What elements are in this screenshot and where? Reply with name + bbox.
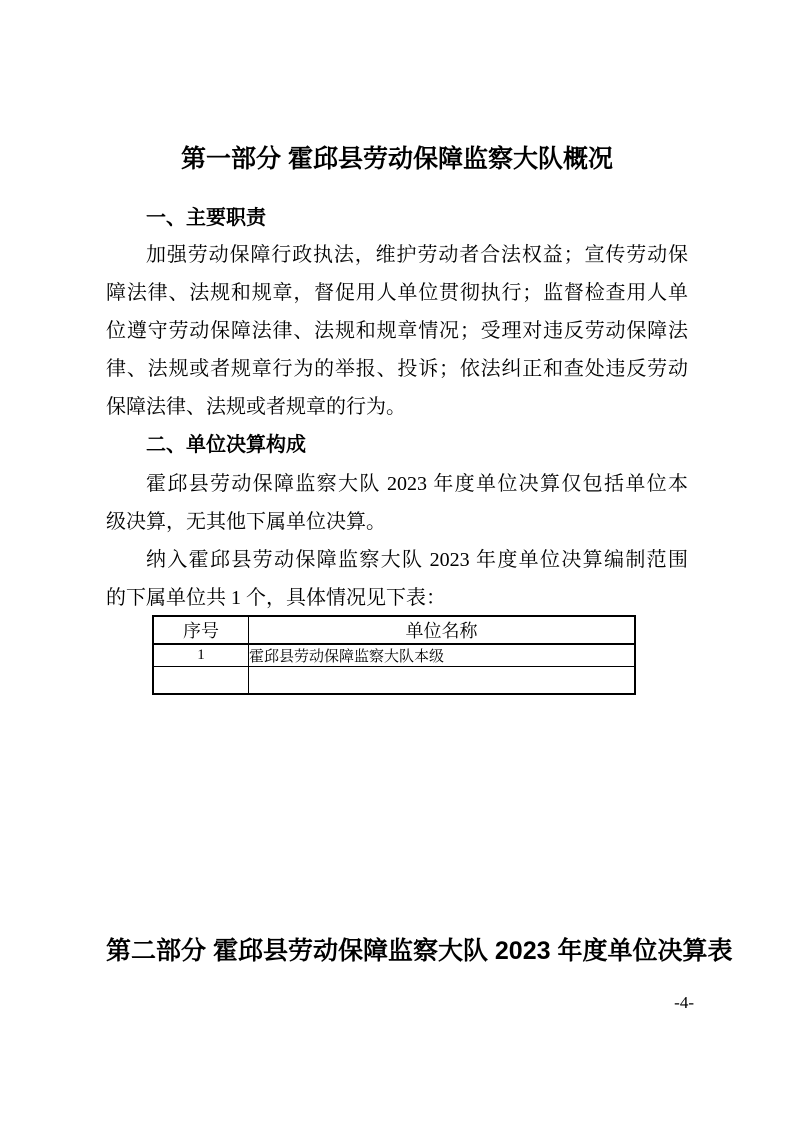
units-table: 序号 单位名称 1 霍邱县劳动保障监察大队本级 [152, 615, 636, 695]
composition-paragraph: 霍邱县劳动保障监察大队 2023 年度单位决算仅包括单位本 级决算，无其他下属单… [106, 465, 688, 541]
part2-title: 第二部分 霍邱县劳动保障监察大队 2023 年度单位决算表 [106, 933, 688, 969]
section2-heading: 二、单位决算构成 [106, 430, 688, 460]
scope-paragraph: 纳入霍邱县劳动保障监察大队 2023 年度单位决算编制范围 的下属单位共 1 个… [106, 541, 688, 617]
duties-paragraph: 加强劳动保障行政执法，维护劳动者合法权益；宣传劳动保 障法律、法规和规章，督促用… [106, 236, 688, 426]
unit-index [153, 667, 249, 694]
body-line: 加强劳动保障行政执法，维护劳动者合法权益；宣传劳动保 [106, 236, 688, 274]
table-row [153, 667, 635, 694]
header-cell-name: 单位名称 [249, 616, 636, 644]
body-line: 位遵守劳动保障法律、法规和规章情况；受理对违反劳动保障法 [106, 312, 688, 350]
body-line: 纳入霍邱县劳动保障监察大队 2023 年度单位决算编制范围 [106, 541, 688, 579]
body-line: 的下属单位共 1 个，具体情况见下表： [106, 579, 688, 617]
unit-name [249, 667, 636, 694]
table-row: 1 霍邱县劳动保障监察大队本级 [153, 644, 635, 667]
body-line: 霍邱县劳动保障监察大队 2023 年度单位决算仅包括单位本 [106, 465, 688, 503]
body-line: 级决算，无其他下属单位决算。 [106, 503, 688, 541]
unit-name: 霍邱县劳动保障监察大队本级 [249, 644, 636, 667]
header-cell-index: 序号 [153, 616, 249, 644]
part1-title: 第一部分 霍邱县劳动保障监察大队概况 [106, 141, 688, 177]
document-page: 第一部分 霍邱县劳动保障监察大队概况 一、主要职责 加强劳动保障行政执法，维护劳… [0, 0, 793, 1122]
unit-index: 1 [153, 644, 249, 667]
section1-heading: 一、主要职责 [106, 203, 688, 233]
table-header-row: 序号 单位名称 [153, 616, 635, 644]
page-number: -4- [106, 993, 694, 1013]
body-line: 律、法规或者规章行为的举报、投诉；依法纠正和查处违反劳动 [106, 350, 688, 388]
body-line: 障法律、法规和规章，督促用人单位贯彻执行；监督检查用人单 [106, 274, 688, 312]
body-line: 保障法律、法规或者规章的行为。 [106, 388, 688, 426]
